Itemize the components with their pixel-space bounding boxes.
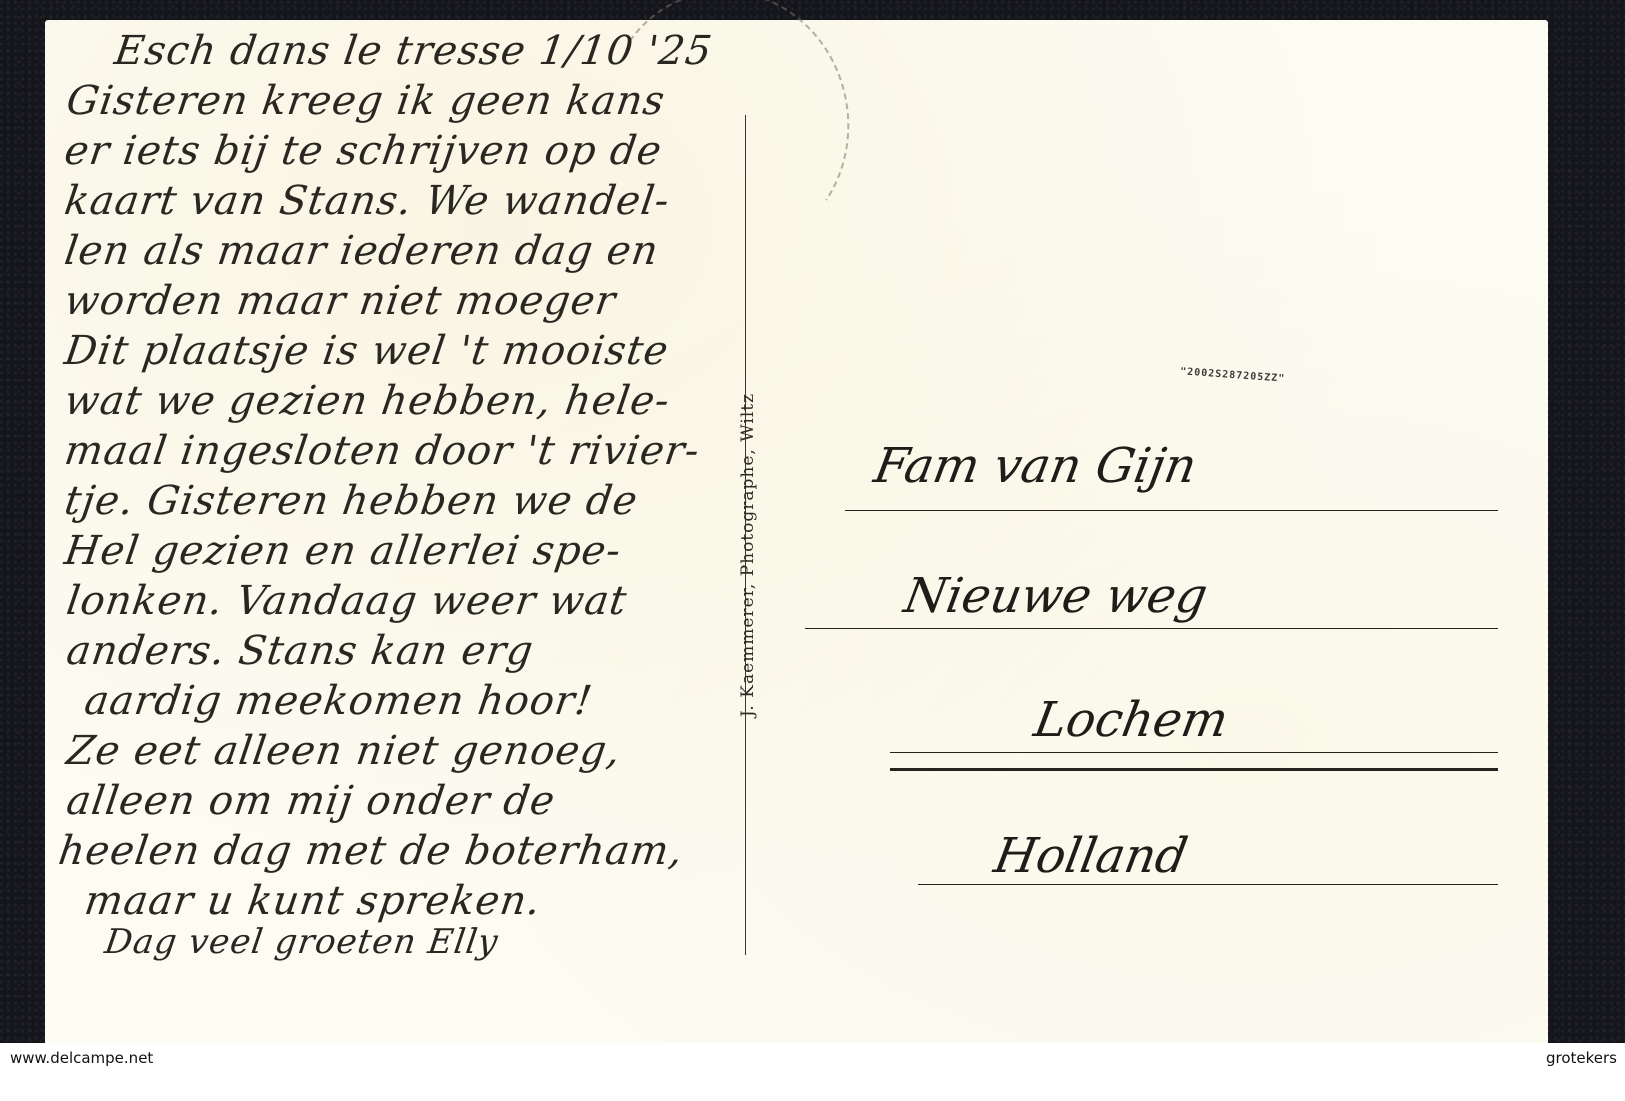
- cancel-mark: "2002S287205ZZ": [1180, 366, 1286, 384]
- seller-watermark: grotekers: [1546, 1049, 1617, 1067]
- message-line: aardig meekomen hoor!: [82, 678, 596, 724]
- address-rule-double: [890, 768, 1498, 771]
- message-line: Esch dans le tresse 1/10 '25: [112, 28, 715, 74]
- address-rule: [918, 884, 1498, 885]
- message-signature: Dag veel groeten Elly: [102, 922, 501, 962]
- address-rule: [805, 628, 1498, 629]
- address-rule: [845, 510, 1498, 511]
- message-line: worden maar niet moeger: [62, 278, 619, 324]
- message-line: Dit plaatsje is wel 't mooiste: [62, 328, 672, 374]
- message-line: tje. Gisteren hebben we de: [62, 478, 641, 524]
- message-line: wat we gezien hebben, hele-: [62, 378, 673, 424]
- message-line: lonken. Vandaag weer wat: [64, 578, 630, 624]
- photographer-imprint: J. Kaemmerer, Photographe, Wiltz: [738, 393, 758, 717]
- address-street: Nieuwe weg: [900, 568, 1212, 624]
- address-name: Fam van Gijn: [870, 438, 1201, 494]
- message-line: alleen om mij onder de: [64, 778, 559, 824]
- delcampe-watermark: www.delcampe.net: [10, 1049, 153, 1067]
- message-line: Ze eet alleen niet genoeg,: [64, 728, 624, 774]
- message-line: maar u kunt spreken.: [82, 878, 544, 924]
- message-line: kaart van Stans. We wandel-: [62, 178, 673, 224]
- message-line: Hel gezien en allerlei spe-: [62, 528, 624, 574]
- message-line: anders. Stans kan erg: [64, 628, 537, 674]
- message-line: len als maar iederen dag en: [62, 228, 662, 274]
- message-line: maal ingesloten door 't rivier-: [62, 428, 703, 474]
- address-country: Holland: [990, 828, 1192, 884]
- address-city: Lochem: [1030, 692, 1232, 748]
- address-rule: [890, 752, 1498, 753]
- postcard: Esch dans le tresse 1/10 '25 Gisteren kr…: [45, 20, 1548, 1043]
- message-line: er iets bij te schrijven op de: [62, 128, 665, 174]
- message-line: Gisteren kreeg ik geen kans: [64, 78, 668, 124]
- message-line: heelen dag met de boterham,: [56, 828, 686, 874]
